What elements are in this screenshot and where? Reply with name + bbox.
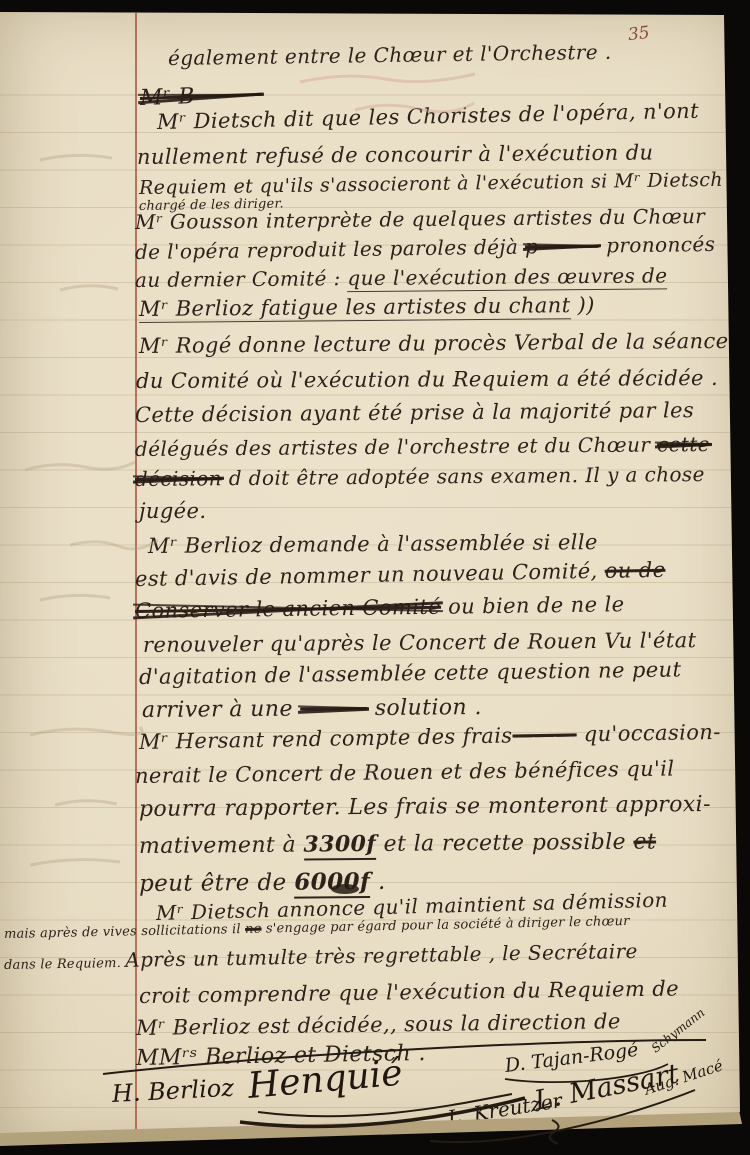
manuscript-text-segment: ne — [245, 922, 262, 937]
manuscript-text-segment: décision — [135, 466, 222, 491]
paper-sheet: 35 également entre le Chœur et l'Orchest… — [0, 0, 750, 1155]
manuscript-text-segment: Cette décision ayant été prise à la majo… — [135, 398, 694, 427]
manuscript-text-segment: pourra rapporter. Les frais se monteront… — [139, 792, 711, 822]
manuscript-text-segment: nullement refusé de concourir à l'exécut… — [137, 140, 654, 169]
manuscript-text-segment: que l'exécution des œuvres de — [347, 263, 667, 292]
manuscript-scan: 35 également entre le Chœur et l'Orchest… — [0, 0, 750, 1155]
manuscript-text-segment: mativement à — [139, 833, 304, 859]
manuscript-text-segment: au dernier Comité : — [135, 266, 348, 292]
manuscript-text-segment: p——— — [525, 234, 600, 259]
manuscript-line: décision d doit être adoptée sans examen… — [135, 462, 705, 491]
manuscript-text-segment: . — [370, 869, 386, 895]
manuscript-text-segment: et la recette possible — [376, 830, 633, 857]
manuscript-text-segment: solution . — [367, 695, 482, 721]
manuscript-line: Mʳ Berlioz demande à l'assemblée si elle — [148, 530, 598, 558]
page-number: 35 — [627, 23, 651, 45]
manuscript-text-segment: ——— — [300, 696, 367, 722]
manuscript-text-segment: Mʳ B——— — [140, 82, 263, 111]
manuscript-line: Mʳ B——— — [140, 82, 263, 111]
manuscript-text-segment: ou bien de ne le — [441, 592, 625, 619]
manuscript-line: délégués des artistes de l'orchestre et … — [135, 432, 710, 461]
manuscript-text-segment: cette — [657, 432, 710, 456]
manuscript-text-segment: arriver à une — [142, 697, 300, 723]
manuscript-line: Mʳ Rogé donne lecture du procès Verbal d… — [139, 329, 729, 358]
manuscript-line: du Comité où l'exécution du Requiem a ét… — [136, 366, 718, 393]
manuscript-text-segment: et — [633, 829, 656, 854]
manuscript-line: Cette décision ayant été prise à la majo… — [135, 398, 694, 427]
manuscript-line: au dernier Comité : que l'exécution des … — [135, 263, 668, 292]
manuscript-text-segment: Mʳ Berlioz fatigue les artistes du chant — [139, 293, 571, 323]
manuscript-line: pourra rapporter. Les frais se monteront… — [139, 792, 711, 822]
manuscript-line: mativement à 3300f et la recette possibl… — [139, 828, 656, 859]
manuscript-line: arriver à une ——— solution . — [142, 695, 482, 723]
manuscript-text-segment: Mʳ Rogé donne lecture du procès Verbal d… — [139, 329, 729, 358]
manuscript-text-segment: Mʳ Berlioz demande à l'assemblée si elle — [148, 530, 598, 558]
manuscript-text-segment: 3300f — [303, 831, 376, 861]
manuscript-line: renouveler qu'après le Concert de Rouen … — [143, 628, 697, 657]
manuscript-text-segment: dans le Requiem. — [4, 956, 126, 973]
manuscript-text-segment: 6000f — [294, 868, 370, 899]
manuscript-text-segment: délégués des artistes de l'orchestre et … — [135, 432, 657, 461]
manuscript-line: jugée. — [139, 499, 206, 523]
manuscript-text-segment: ou de — [604, 558, 665, 583]
manuscript-line: nullement refusé de concourir à l'exécut… — [137, 140, 654, 169]
manuscript-text-segment: prononcés — [599, 232, 715, 258]
manuscript-text-segment: peut être de — [139, 870, 295, 897]
manuscript-text-segment: du Comité où l'exécution du Requiem a ét… — [136, 366, 718, 393]
manuscript-text-segment: Conserver le ancien Comité — [135, 595, 441, 623]
manuscript-line: peut être de 6000f . — [139, 868, 386, 897]
manuscript-line: Mʳ Berlioz fatigue les artistes du chant… — [139, 293, 595, 321]
manuscript-text-segment: ——— — [512, 722, 577, 747]
manuscript-text-segment: qu'occasion- — [576, 720, 720, 747]
manuscript-text-segment: d doit être adoptée sans examen. Il y a … — [222, 462, 705, 490]
manuscript-text-segment: renouveler qu'après le Concert de Rouen … — [143, 628, 697, 657]
manuscript-text-segment: )) — [570, 293, 594, 317]
manuscript-text-segment: jugée. — [139, 499, 206, 523]
